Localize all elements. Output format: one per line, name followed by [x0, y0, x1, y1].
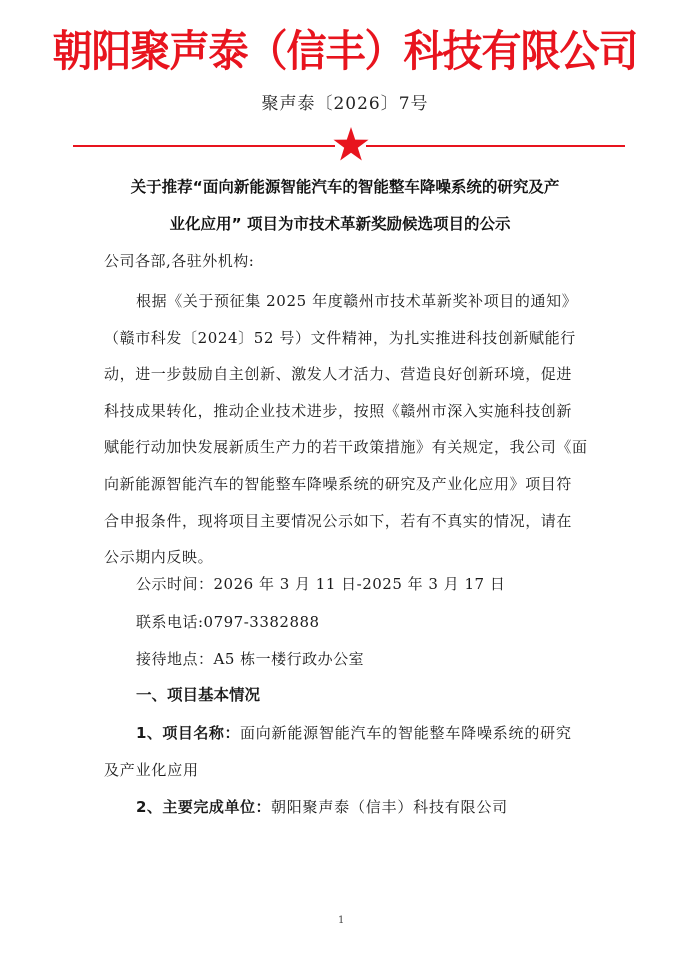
body-paragraph: 根据《关于预征集 2025 年度赣州市技术革新奖补项目的通知》 （赣市科发〔20… [104, 283, 588, 576]
contact-phone: 联系电话:0797-3382888 [136, 611, 320, 633]
red-divider-right [366, 145, 625, 147]
project-name-label: 1、项目名称： [136, 724, 240, 742]
body-line: 公示期内反映。 [104, 539, 588, 576]
document-number: 聚声泰〔2026〕7号 [0, 92, 690, 116]
body-line: （赣市科发〔2024〕52 号）文件精神，为扎实推进科技创新赋能行 [104, 320, 588, 357]
completing-unit-value: 朝阳聚声泰（信丰）科技有限公司 [271, 798, 508, 816]
body-line: 向新能源智能汽车的智能整车降噪系统的研究及产业化应用》项目符 [104, 466, 588, 503]
completing-unit-item: 2、主要完成单位：朝阳聚声泰（信丰）科技有限公司 [136, 796, 508, 818]
body-line: 合申报条件，现将项目主要情况公示如下，若有不真实的情况，请在 [104, 503, 588, 540]
red-divider-left [73, 145, 335, 147]
body-line: 科技成果转化，推动企业技术进步，按照《赣州市深入实施科技创新 [104, 393, 588, 430]
notice-title-line-2: 业化应用” 项目为市技术革新奖励候选项目的公示 [20, 213, 660, 235]
body-line: 根据《关于预征集 2025 年度赣州市技术革新奖补项目的通知》 [104, 283, 588, 320]
section-heading: 一、项目基本情况 [136, 684, 260, 706]
body-line: 动，进一步鼓励自主创新、激发人才活力、营造良好创新环境，促进 [104, 356, 588, 393]
organization-title: 朝阳聚声泰（信丰）科技有限公司 [0, 22, 690, 82]
reception-location: 接待地点：A5 栋一楼行政办公室 [136, 648, 364, 670]
notice-period: 公示时间：2026 年 3 月 11 日-2025 年 3 月 17 日 [136, 573, 505, 595]
page-number: 1 [338, 914, 344, 928]
red-star-icon [333, 127, 369, 161]
notice-title-line-1: 关于推荐“面向新能源智能汽车的智能整车降噪系统的研究及产 [25, 176, 665, 198]
salutation: 公司各部,各驻外机构: [104, 250, 254, 272]
project-name-item: 1、项目名称：面向新能源智能汽车的智能整车降噪系统的研究 [136, 722, 572, 744]
completing-unit-label: 2、主要完成单位： [136, 798, 271, 816]
project-name-continued: 及产业化应用 [104, 759, 199, 781]
body-line: 赋能行动加快发展新质生产力的若干政策措施》有关规定，我公司《面 [104, 429, 588, 466]
document-page: 朝阳聚声泰（信丰）科技有限公司 聚声泰〔2026〕7号 关于推荐“面向新能源智能… [0, 0, 690, 976]
project-name-value: 面向新能源智能汽车的智能整车降噪系统的研究 [240, 724, 572, 742]
